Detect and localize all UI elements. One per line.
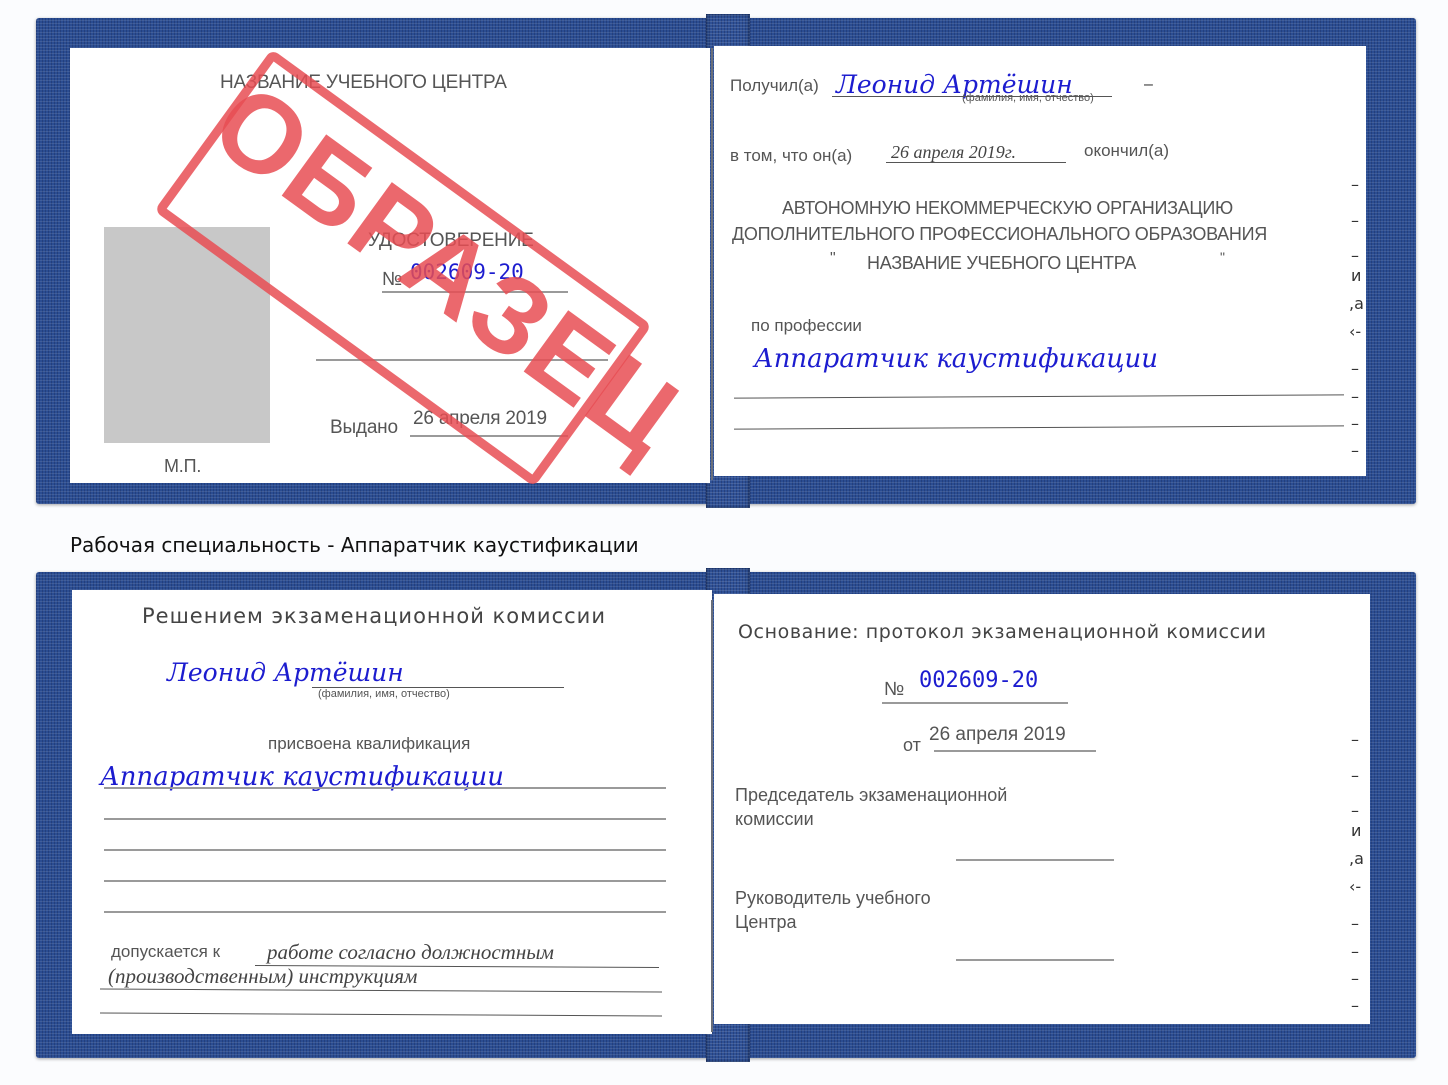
admitted-underline-2 (100, 989, 662, 993)
person-name: Леонид Артёшин (167, 658, 404, 687)
recipient-name-hint: (фамилия, имя, отчество) (962, 92, 1094, 104)
dash: – (1144, 76, 1153, 94)
admitted-underline-3 (100, 1013, 662, 1017)
qualification-label: присвоена квалификация (268, 734, 470, 754)
protocol-number-label: № (884, 679, 904, 701)
profession-label: по профессии (751, 316, 862, 336)
admitted-line-2: (производственным) инструкциям (108, 964, 417, 989)
qualification-underline-5 (104, 911, 666, 913)
org-line-2: ДОПОЛНИТЕЛЬНОГО ПРОФЕССИОНАЛЬНОГО ОБРАЗО… (732, 224, 1267, 245)
finished-label: окончил(а) (1084, 141, 1169, 161)
bottom-right-page: Основание: протокол экзаменационной коми… (714, 594, 1370, 1024)
decision-heading: Решением экзаменационной комиссии (142, 604, 606, 628)
head-label-1: Руководитель учебного (735, 888, 931, 909)
protocol-number: 002609-20 (919, 668, 1038, 693)
completion-date-underline (886, 162, 1066, 163)
basis-text: Основание: протокол экзаменационной коми… (738, 621, 1267, 643)
bottom-page-fold (711, 600, 713, 1032)
top-right-page: Получил(а) Леонид Артёшин (фамилия, имя,… (714, 46, 1366, 476)
stamp-place-label: М.П. (164, 456, 201, 477)
protocol-date-label: от (903, 735, 921, 756)
protocol-date-underline (934, 750, 1096, 752)
specialty-caption: Рабочая специальность - Аппаратчик кауст… (70, 533, 639, 557)
completion-date: 26 апреля 2019г. (891, 142, 1016, 163)
qualification-underline-4 (104, 880, 666, 882)
profession-underline-2 (734, 425, 1344, 429)
qualification-underline-3 (104, 849, 666, 851)
top-page-fold (711, 48, 713, 480)
that-label: в том, что он(а) (730, 146, 852, 166)
head-label-2: Центра (735, 912, 797, 933)
received-label: Получил(а) (730, 76, 819, 96)
head-signature-line[interactable] (956, 959, 1114, 961)
admitted-label: допускается к (111, 942, 220, 962)
protocol-number-underline (882, 702, 1068, 704)
org-line-3-close-quote: " (1220, 249, 1225, 265)
profession-underline-1 (734, 394, 1344, 398)
org-line-3: НАЗВАНИЕ УЧЕБНОГО ЦЕНТРА (867, 253, 1136, 274)
protocol-date: 26 апреля 2019 (929, 724, 1066, 746)
chairman-label-1: Председатель экзаменационной (735, 785, 1007, 806)
chairman-signature-line[interactable] (956, 859, 1114, 861)
profession: Аппаратчик каустификации (754, 344, 1158, 374)
bottom-left-page: Решением экзаменационной комиссии Леонид… (72, 590, 712, 1034)
qualification-underline-1 (104, 787, 666, 789)
chairman-label-2: комиссии (735, 809, 814, 830)
qualification-underline-2 (104, 818, 666, 820)
person-name-hint: (фамилия, имя, отчество) (318, 688, 450, 700)
org-line-1: АВТОНОМНУЮ НЕКОММЕРЧЕСКУЮ ОРГАНИЗАЦИЮ (782, 198, 1233, 219)
org-line-3-open-quote: " (830, 250, 836, 268)
issued-label: Выдано (330, 417, 398, 439)
admitted-line-1: работе согласно должностным (267, 940, 554, 965)
